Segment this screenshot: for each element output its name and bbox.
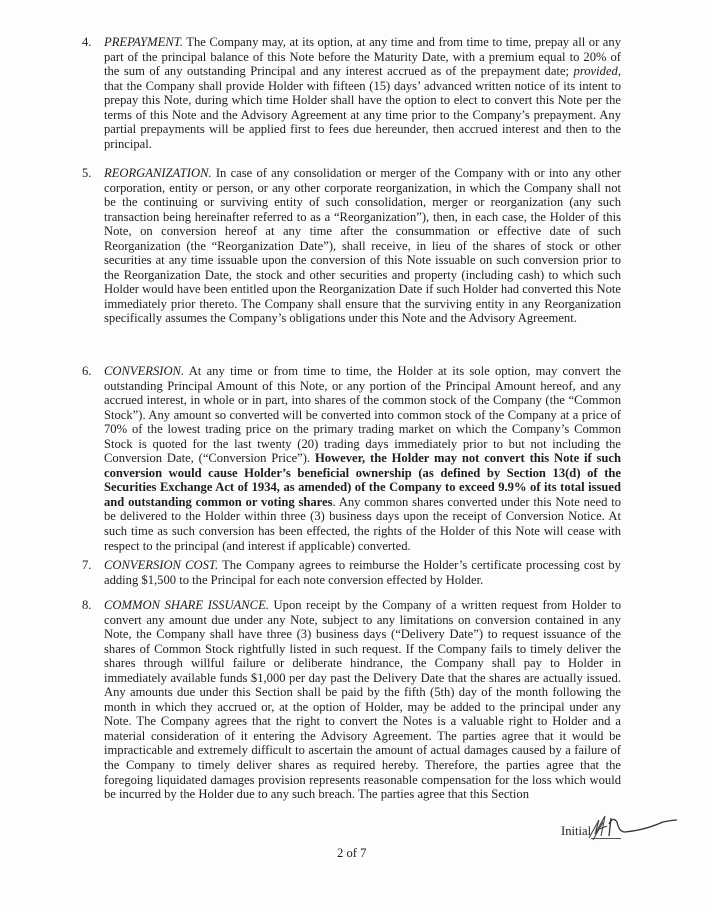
section-heading: CONVERSION COST. xyxy=(104,558,218,572)
section-text: At any time or from time to time, the Ho… xyxy=(104,364,621,465)
section-number: 4. xyxy=(82,35,91,50)
section-conversion-cost: 7.CONVERSION COST. The Company agrees to… xyxy=(104,558,621,587)
section-common-share-issuance: 8.COMMON SHARE ISSUANCE. Upon receipt by… xyxy=(104,598,621,802)
section-prepayment: 4.PREPAYMENT. The Company may, at its op… xyxy=(104,35,621,151)
signature-icon xyxy=(585,808,705,848)
section-heading: COMMON SHARE ISSUANCE. xyxy=(104,598,269,612)
section-number: 5. xyxy=(82,166,91,181)
section-text: In case of any consolidation or merger o… xyxy=(104,166,621,325)
section-number: 6. xyxy=(82,364,91,379)
document-page: 4.PREPAYMENT. The Company may, at its op… xyxy=(0,0,705,905)
page-number: 2 of 7 xyxy=(337,846,366,861)
section-text: Upon receipt by the Company of a written… xyxy=(104,598,621,801)
section-heading: REORGANIZATION. xyxy=(104,166,212,180)
section-heading: CONVERSION. xyxy=(104,364,184,378)
section-conversion: 6.CONVERSION. At any time or from time t… xyxy=(104,364,621,553)
section-number: 8. xyxy=(82,598,91,613)
section-reorganization: 5.REORGANIZATION. In case of any consoli… xyxy=(104,166,621,326)
section-text-italic: provided xyxy=(574,64,618,78)
section-heading: PREPAYMENT. xyxy=(104,35,183,49)
section-number: 7. xyxy=(82,558,91,573)
